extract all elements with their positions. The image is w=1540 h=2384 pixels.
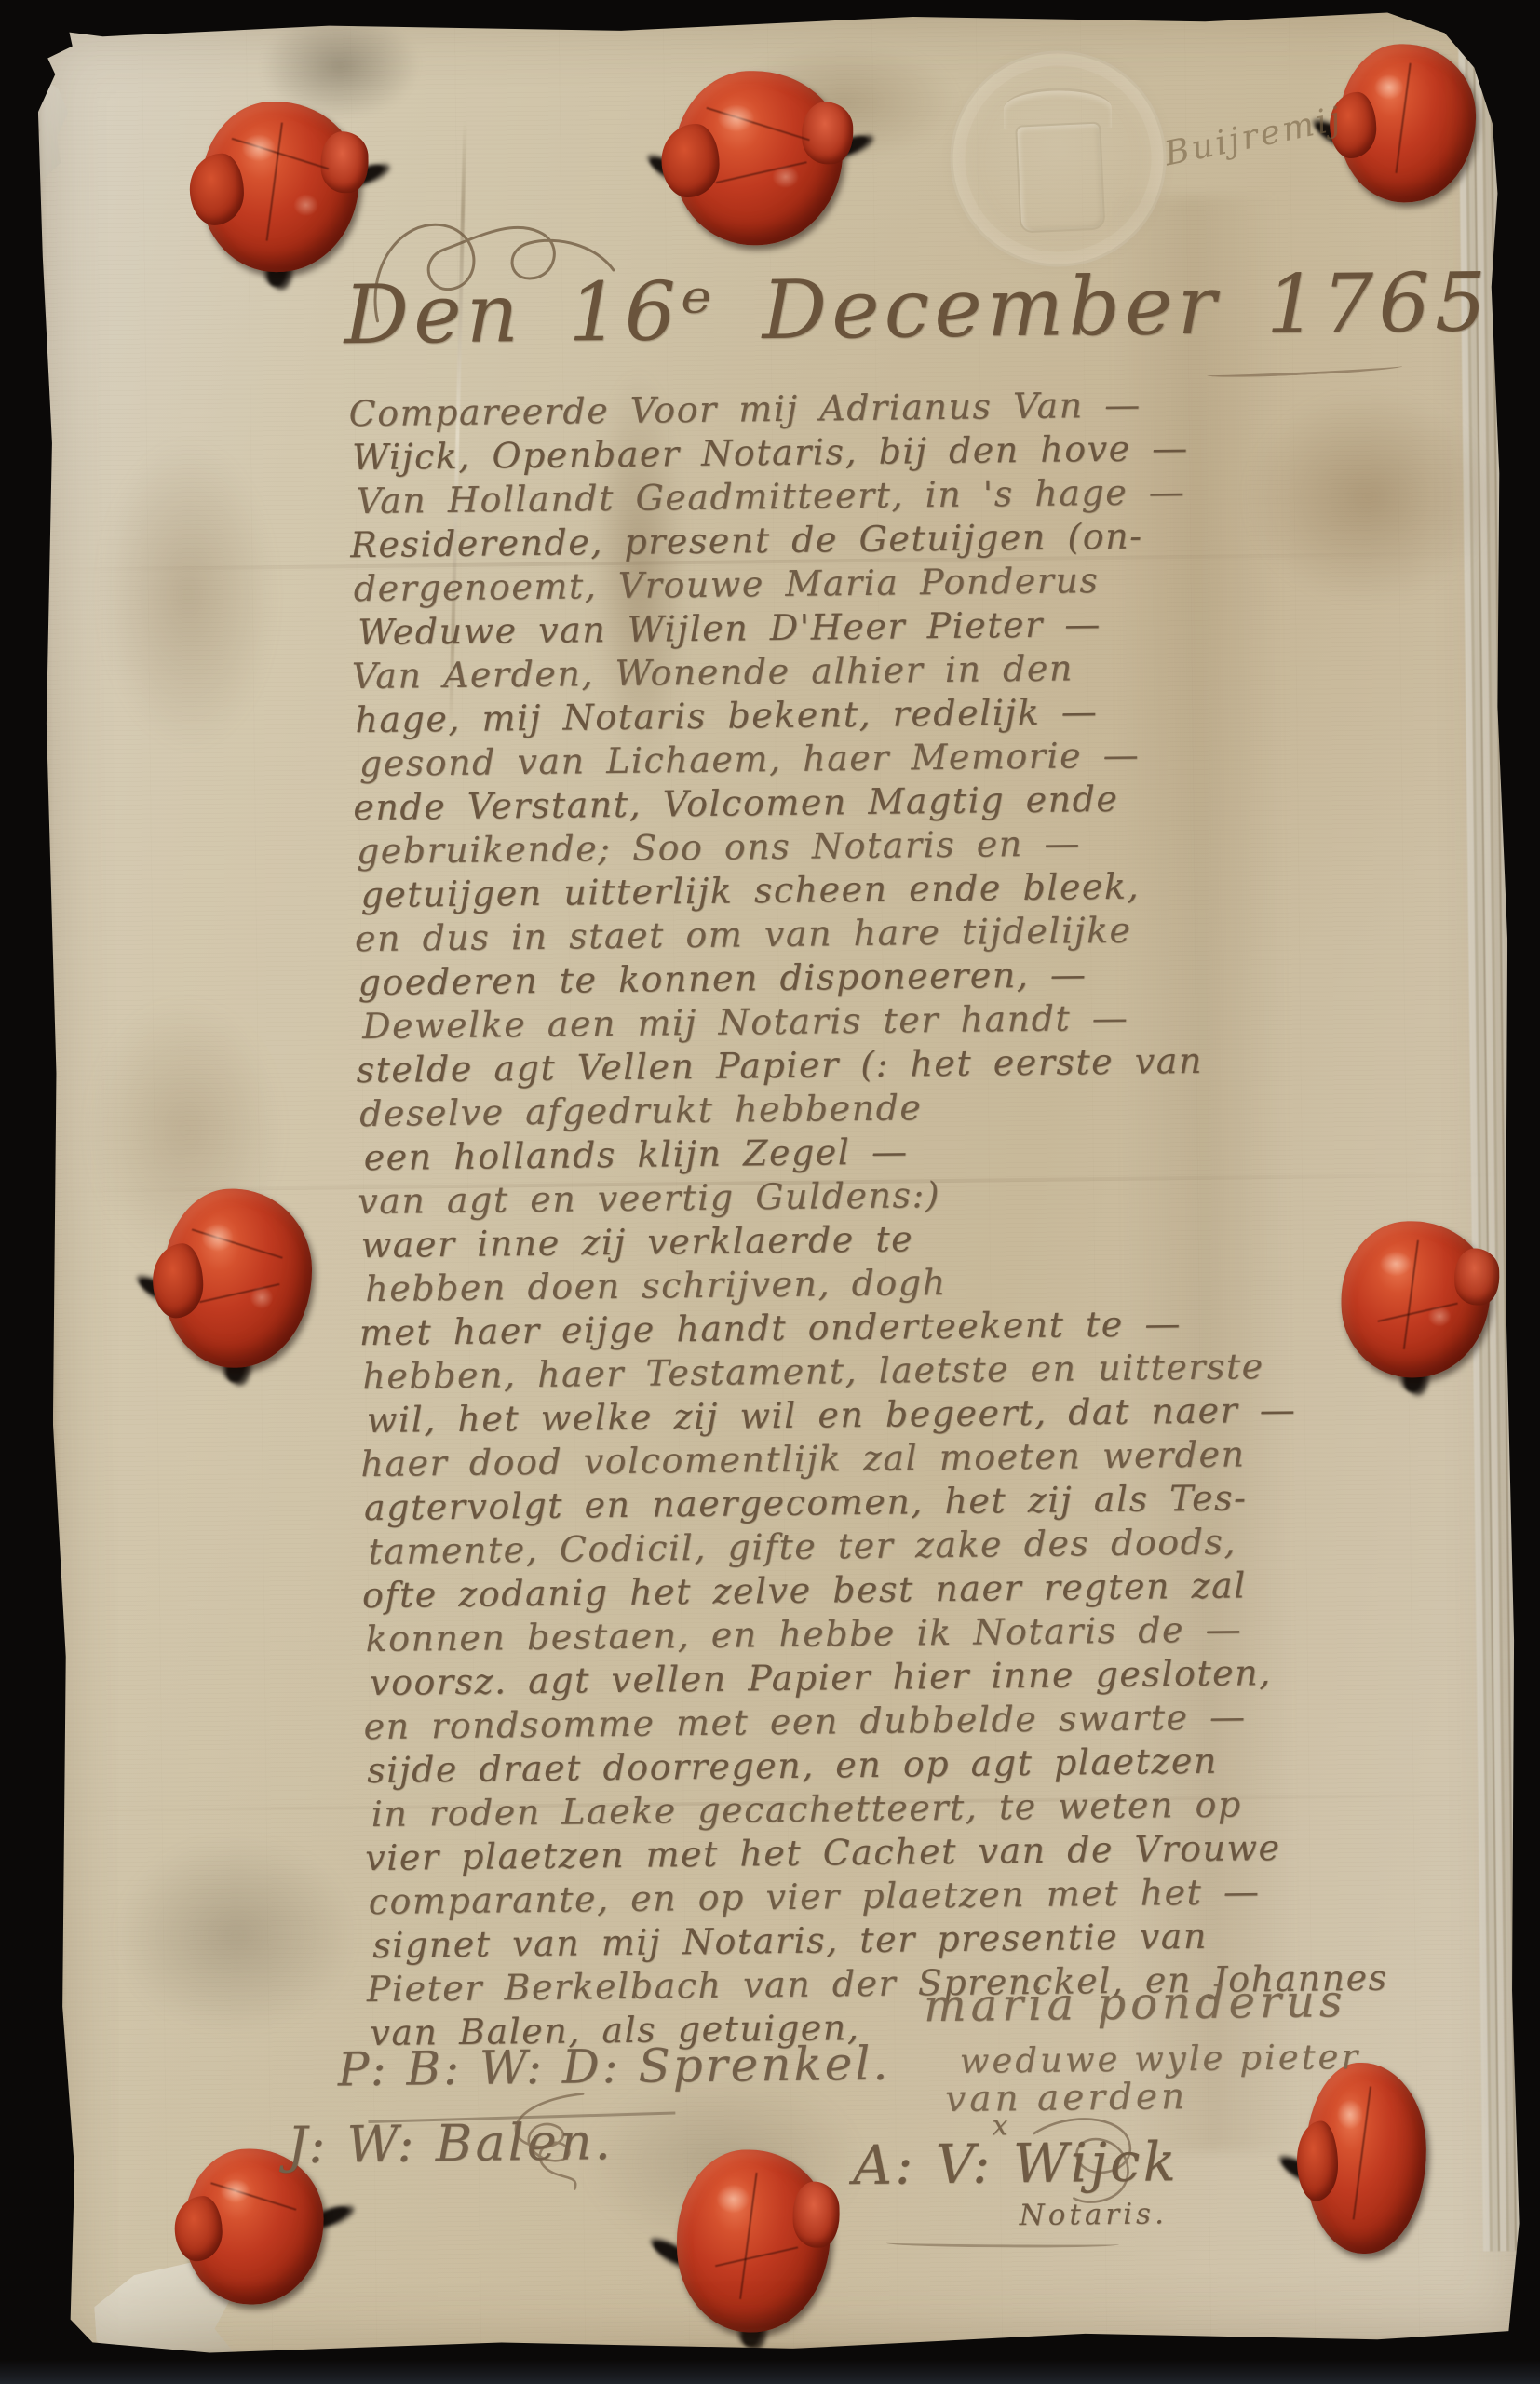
wax-gloss — [288, 190, 323, 221]
wax-seal-middle-left — [162, 1188, 313, 1369]
wax-blob — [1296, 2120, 1338, 2201]
manuscript-page: Buijremij Den 16ᵉ December 1765 Comparee… — [37, 7, 1523, 2357]
wax-gloss — [1331, 2093, 1369, 2136]
wax-gloss — [1369, 69, 1411, 104]
wax-blob — [802, 102, 853, 165]
wax-blob — [320, 131, 369, 193]
signature-notary-wijck: A: V: Wijck — [853, 2130, 1179, 2197]
stamp-shield-emboss — [1015, 121, 1105, 233]
wax-seal-top-center — [672, 70, 844, 246]
scan-table-edge — [0, 2360, 1540, 2384]
wax-gloss — [236, 129, 283, 167]
signature-maria-ponderus: maria ponderus — [924, 1975, 1347, 2032]
archival-annotation: Buijremij — [1161, 100, 1346, 173]
signature-witness-balen: J: W: Balen. — [287, 2112, 614, 2174]
wax-blob — [153, 1243, 204, 1319]
wax-seal-top-right — [1338, 43, 1477, 203]
wax-blob — [661, 124, 720, 197]
torn-corner-fiber — [18, 77, 72, 183]
document-date-title: Den 16ᵉ December 1765 — [344, 255, 1462, 363]
signature-maria-line2: weduwe wyle pieter — [959, 2037, 1360, 2081]
wax-seal-bottom-right — [1304, 2062, 1427, 2254]
stain — [114, 1835, 358, 2034]
title-underline-flourish — [1207, 362, 1402, 380]
wax-seal-bottom-center — [676, 2148, 831, 2333]
stain — [98, 440, 278, 749]
signature-underline — [886, 2240, 1119, 2249]
embossed-tax-stamp — [949, 49, 1168, 268]
wax-blob — [174, 2196, 223, 2262]
wax-gloss — [710, 99, 762, 138]
body-text: Compareerde Voor mij Adrianus Van — Wijc… — [348, 380, 1484, 2055]
signature-maria-line3: van aerden — [945, 2076, 1188, 2120]
wax-seal-top-left — [200, 101, 360, 273]
signature-witness-sprenkel: P: B: W: D: Sprenkel. — [337, 2037, 890, 2097]
wax-blob — [190, 153, 245, 225]
wax-blob — [793, 2182, 840, 2248]
signature-notary-title: Notaris. — [1019, 2197, 1168, 2232]
